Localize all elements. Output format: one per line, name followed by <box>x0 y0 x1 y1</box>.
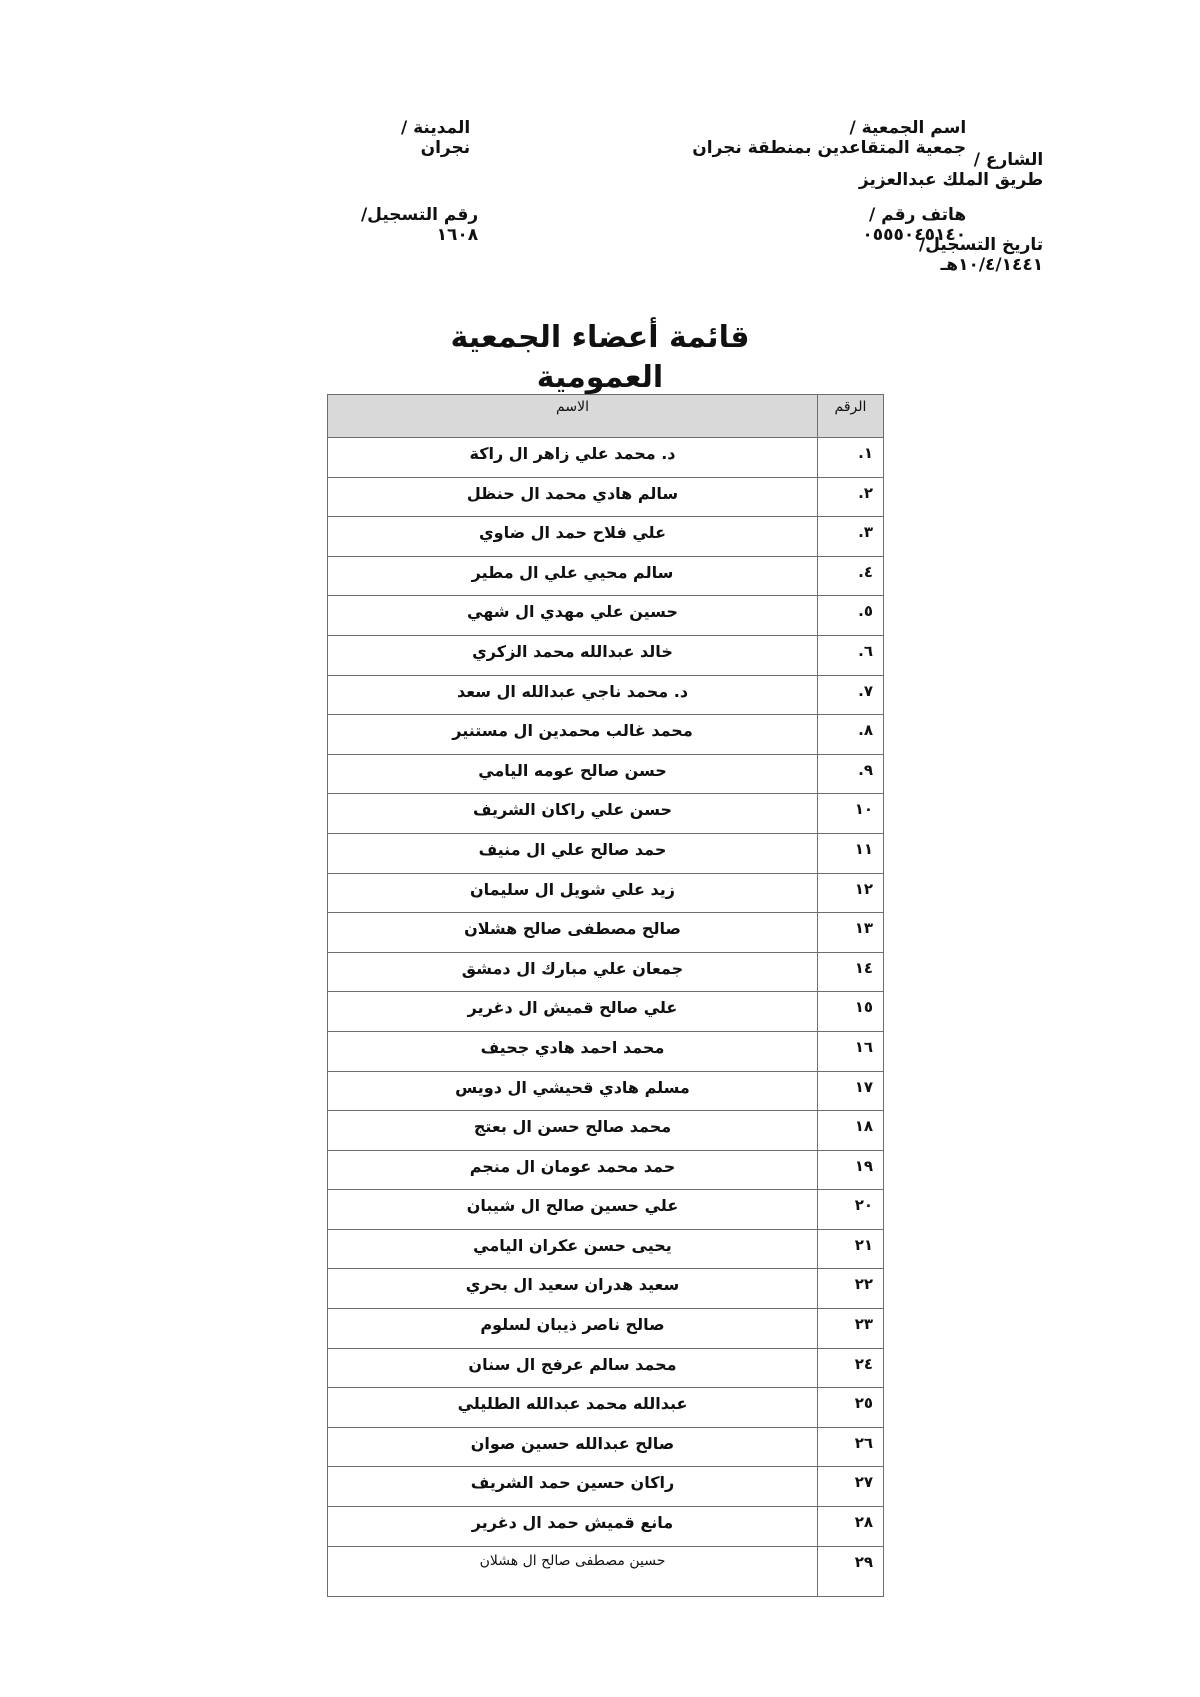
table-row: ٢٣صالح ناصر ذيبان لسلوم <box>328 1309 884 1349</box>
table-row: ٢٢سعيد هدران سعيد ال بحري <box>328 1269 884 1309</box>
member-name: مانع قميش حمد ال دغرير <box>328 1507 818 1547</box>
row-number: ٥. <box>818 596 884 636</box>
table-row: ٦.خالد عبدالله محمد الزكري <box>328 635 884 675</box>
row-number: ٢٨ <box>818 1507 884 1547</box>
member-name: حسن علي راكان الشريف <box>328 794 818 834</box>
member-name: خالد عبدالله محمد الزكري <box>328 635 818 675</box>
member-name: سعيد هدران سعيد ال بحري <box>328 1269 818 1309</box>
row-number: ١١ <box>818 833 884 873</box>
member-name: محمد صالح حسن ال بعتج <box>328 1111 818 1151</box>
row-number: ٩. <box>818 754 884 794</box>
row-number: ١٩ <box>818 1150 884 1190</box>
column-header-number: الرقم <box>818 395 884 438</box>
row-number: ١٤ <box>818 952 884 992</box>
table-row: ١٣صالح مصطفى صالح هشلان <box>328 913 884 953</box>
member-name: د. محمد ناجي عبدالله ال سعد <box>328 675 818 715</box>
table-row: ٨.محمد غالب محمدين ال مستنير <box>328 715 884 755</box>
reg-number-label: رقم التسجيل/ <box>361 205 478 225</box>
member-name: مسلم هادي قحيشي ال دويس <box>328 1071 818 1111</box>
table-row: ٩.حسن صالح عومه اليامي <box>328 754 884 794</box>
table-row: ٢٧راكان حسين حمد الشريف <box>328 1467 884 1507</box>
row-number: ١٢ <box>818 873 884 913</box>
member-name: د. محمد علي زاهر ال راكة <box>328 438 818 478</box>
row-number: ٢. <box>818 477 884 517</box>
member-name: حسين مصطفى صالح ال هشلان <box>328 1546 818 1596</box>
reg-date-line: تاريخ التسجيل/ ١٠/٤/١٤٤١هـ <box>901 215 1055 275</box>
table-row: ١٤جمعان علي مبارك ال دمشق <box>328 952 884 992</box>
reg-date-value: ١٠/٤/١٤٤١هـ <box>940 255 1043 275</box>
city-value: نجران <box>421 138 471 158</box>
table-row: ٢٩حسين مصطفى صالح ال هشلان <box>328 1546 884 1596</box>
row-number: ٧. <box>818 675 884 715</box>
table-row: ١.د. محمد علي زاهر ال راكة <box>328 438 884 478</box>
member-name: زيد علي شويل ال سليمان <box>328 873 818 913</box>
member-name: حمد صالح علي ال منيف <box>328 833 818 873</box>
table-row: ٢٤محمد سالم عرفج ال سنان <box>328 1348 884 1388</box>
column-header-name: الاسم <box>328 395 818 438</box>
row-number: ١٥ <box>818 992 884 1032</box>
row-number: ٢٣ <box>818 1309 884 1349</box>
table-row: ١٦محمد احمد هادي جحيف <box>328 1031 884 1071</box>
member-name: محمد غالب محمدين ال مستنير <box>328 715 818 755</box>
row-number: ٢١ <box>818 1229 884 1269</box>
table-row: ٧.د. محمد ناجي عبدالله ال سعد <box>328 675 884 715</box>
row-number: ١٣ <box>818 913 884 953</box>
row-number: ١. <box>818 438 884 478</box>
city-label: المدينة / <box>401 118 470 138</box>
member-name: جمعان علي مبارك ال دمشق <box>328 952 818 992</box>
row-number: ٢٥ <box>818 1388 884 1428</box>
member-name: صالح عبدالله حسين صوان <box>328 1427 818 1467</box>
row-number: ١٠ <box>818 794 884 834</box>
row-number: ٢٩ <box>818 1546 884 1596</box>
member-name: محمد احمد هادي جحيف <box>328 1031 818 1071</box>
row-number: ٢٦ <box>818 1427 884 1467</box>
member-name: يحيى حسن عكران اليامي <box>328 1229 818 1269</box>
city-line: المدينة / نجران <box>383 98 482 158</box>
row-number: ٢٢ <box>818 1269 884 1309</box>
member-name: حسن صالح عومه اليامي <box>328 754 818 794</box>
row-number: ١٧ <box>818 1071 884 1111</box>
table-row: ٢.سالم هادي محمد ال حنظل <box>328 477 884 517</box>
row-number: ٦. <box>818 635 884 675</box>
reg-date-label: تاريخ التسجيل/ <box>919 235 1043 255</box>
row-number: ١٦ <box>818 1031 884 1071</box>
table-row: ١٧مسلم هادي قحيشي ال دويس <box>328 1071 884 1111</box>
row-number: ٢٧ <box>818 1467 884 1507</box>
table-row: ١٠حسن علي راكان الشريف <box>328 794 884 834</box>
member-name: عبدالله محمد عبدالله الطليلي <box>328 1388 818 1428</box>
table-row: ١٨محمد صالح حسن ال بعتج <box>328 1111 884 1151</box>
member-name: علي حسين صالح ال شيبان <box>328 1190 818 1230</box>
table-row: ١٥علي صالح قميش ال دغرير <box>328 992 884 1032</box>
table-row: ١١حمد صالح علي ال منيف <box>328 833 884 873</box>
table-row: ٢٨مانع قميش حمد ال دغرير <box>328 1507 884 1547</box>
table-row: ٥.حسين علي مهدي ال شهي <box>328 596 884 636</box>
table-row: ١٢زيد علي شويل ال سليمان <box>328 873 884 913</box>
member-name: سالم محيي علي ال مطير <box>328 556 818 596</box>
row-number: ٢٤ <box>818 1348 884 1388</box>
member-name: علي فلاح حمد ال ضاوي <box>328 517 818 557</box>
reg-number-line: رقم التسجيل/ ١٦٠٨ <box>314 185 490 245</box>
table-row: ٢٥عبدالله محمد عبدالله الطليلي <box>328 1388 884 1428</box>
table-row: ٢٠علي حسين صالح ال شيبان <box>328 1190 884 1230</box>
table-header-row: الرقم الاسم <box>328 395 884 438</box>
member-name: صالح ناصر ذيبان لسلوم <box>328 1309 818 1349</box>
table-row: ٢١يحيى حسن عكران اليامي <box>328 1229 884 1269</box>
members-table: الرقم الاسم ١.د. محمد علي زاهر ال راكة٢.… <box>327 394 884 1597</box>
member-name: سالم هادي محمد ال حنظل <box>328 477 818 517</box>
table-row: ٣.علي فلاح حمد ال ضاوي <box>328 517 884 557</box>
page-title: قائمة أعضاء الجمعية العمومية <box>400 318 800 404</box>
member-name: محمد سالم عرفج ال سنان <box>328 1348 818 1388</box>
street-label: الشارع / <box>974 150 1043 170</box>
row-number: ٣. <box>818 517 884 557</box>
table-row: ١٩حمد محمد عومان ال منجم <box>328 1150 884 1190</box>
member-name: حمد محمد عومان ال منجم <box>328 1150 818 1190</box>
table-row: ٢٦صالح عبدالله حسين صوان <box>328 1427 884 1467</box>
member-name: صالح مصطفى صالح هشلان <box>328 913 818 953</box>
table-row: ٤.سالم محيي علي ال مطير <box>328 556 884 596</box>
row-number: ١٨ <box>818 1111 884 1151</box>
member-name: حسين علي مهدي ال شهي <box>328 596 818 636</box>
reg-number-value: ١٦٠٨ <box>437 225 479 245</box>
row-number: ٨. <box>818 715 884 755</box>
table-body: ١.د. محمد علي زاهر ال راكة٢.سالم هادي مح… <box>328 438 884 1597</box>
street-line: الشارع / طريق الملك عبدالعزيز <box>859 130 1055 190</box>
member-name: راكان حسين حمد الشريف <box>328 1467 818 1507</box>
member-name: علي صالح قميش ال دغرير <box>328 992 818 1032</box>
row-number: ٤. <box>818 556 884 596</box>
row-number: ٢٠ <box>818 1190 884 1230</box>
